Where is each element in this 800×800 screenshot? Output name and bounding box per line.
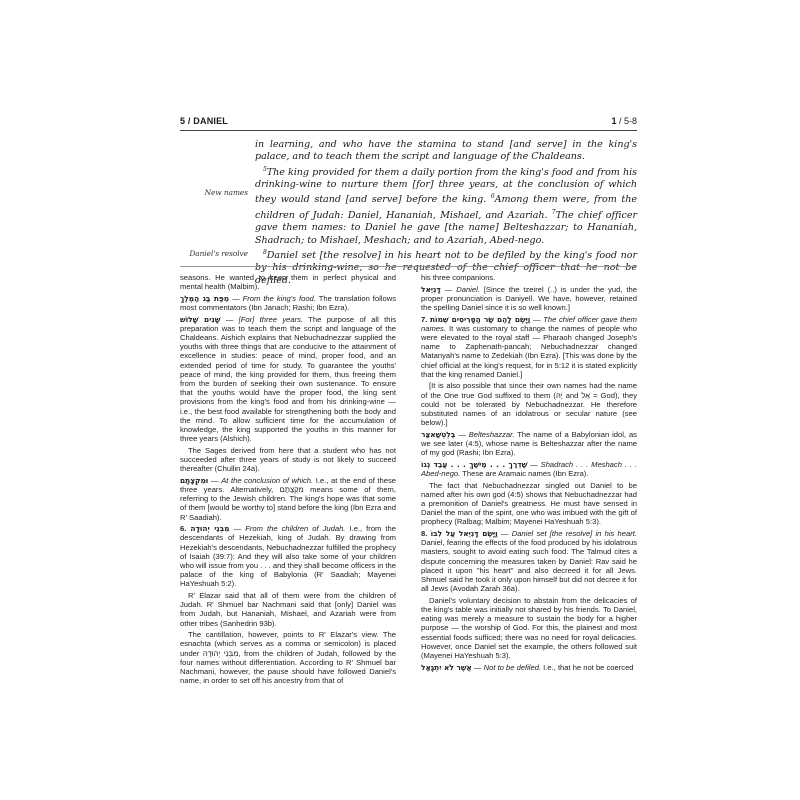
- hebrew-lemma: וַיָּשֶׂם דָּנִיֵּאל עַל לִבּוֹ: [431, 529, 498, 538]
- commentary: seasons. He wanted to keep them in perfe…: [180, 273, 637, 688]
- commentary-paragraph: seasons. He wanted to keep them in perfe…: [180, 273, 396, 291]
- verses-5-7: 5The king provided for them a daily port…: [255, 164, 637, 247]
- commentary-text: [Since the tzeirel (..) is under the yud…: [421, 285, 637, 312]
- hebrew-lemma: מִפַּת בַּג הַמֶּלֶךְ: [180, 294, 229, 303]
- commentary-entry: שָׁנִים שָׁלוֹשׁ — [For] three years. Th…: [180, 315, 396, 444]
- commentary-paragraph: The cantillation, however, points to R' …: [180, 630, 396, 685]
- lemma-translation: Not to be defiled.: [484, 663, 541, 672]
- lemma-translation: Belteshazzar.: [469, 430, 515, 439]
- hebrew-lemma: שָׁנִים שָׁלוֹשׁ: [180, 315, 220, 324]
- commentary-entry: וּמִקְצָתָם — At the conclusion of which…: [180, 476, 396, 522]
- commentary-text: The purpose of all this preparation was …: [180, 315, 396, 444]
- hebrew-lemma: שַׁדְרַךְ . . . מֵישַׁךְ . . . עֲבֵד נְג…: [421, 460, 527, 469]
- book-page: 5 / DANIEL 1 / 5-8 New names Daniel's re…: [180, 112, 637, 287]
- commentary-entry: בֵּלְטְשַׁאצַּר — Belteshazzar. The name…: [421, 430, 637, 458]
- lemma-translation: From the king's food.: [243, 294, 316, 303]
- margin-note-daniels-resolve: Daniel's resolve: [180, 249, 248, 259]
- commentary-text: These are Aramaic names (Ibn Ezra).: [460, 469, 588, 478]
- verse-4-end: in learning, and who have the stamina to…: [255, 139, 637, 164]
- commentary-entry: שַׁדְרַךְ . . . מֵישַׁךְ . . . עֲבֵד נְג…: [421, 460, 637, 478]
- commentary-entry: דָּנִיֵּאל — Daniel. [Since the tzeirel …: [421, 285, 637, 313]
- hebrew-lemma: דָּנִיֵּאל: [421, 285, 441, 294]
- commentary-text: It was customary to change the names of …: [421, 324, 637, 379]
- running-header: 5 / DANIEL 1 / 5-8: [180, 112, 637, 131]
- lemma-translation: Daniel set [the resolve] in his heart.: [512, 529, 637, 538]
- hebrew-lemma: וּמִקְצָתָם: [180, 476, 208, 485]
- commentary-paragraph: his three companions.: [421, 273, 637, 282]
- commentary-paragraph: The Sages derived from here that a stude…: [180, 446, 396, 474]
- hebrew-lemma: מִבְּנֵי יְהוּדָה: [190, 524, 229, 533]
- commentary-paragraph: Daniel's voluntary decision to abstain f…: [421, 596, 637, 660]
- commentary-text: I.e., from the descendants of Hezekiah, …: [180, 524, 396, 588]
- hebrew-lemma: וַיָּשֶׂם לָהֶם שַׂר הַסָּרִיסִים שֵׁמוֹ…: [430, 315, 530, 324]
- lemma-translation: At the conclusion of which.: [221, 476, 313, 485]
- commentary-entry: מִפַּת בַּג הַמֶּלֶךְ — From the king's …: [180, 294, 396, 312]
- hebrew-lemma: אֲשֶׁר לֹא יִתְגָּאַל: [421, 663, 472, 672]
- verse-ref-number: 7.: [421, 315, 427, 324]
- commentary-paragraph: R' Elazar said that all of them were fro…: [180, 591, 396, 628]
- hebrew-lemma: בֵּלְטְשַׁאצַּר: [421, 430, 455, 439]
- scripture-text: New names Daniel's resolve in learning, …: [180, 139, 637, 287]
- verse-ref-number: 8.: [421, 529, 427, 538]
- commentary-column-right: his three companions.דָּנִיֵּאל — Daniel…: [421, 273, 637, 688]
- section-divider: [180, 266, 637, 267]
- commentary-paragraph: The fact that Nebuchadnezzar singled out…: [421, 481, 637, 527]
- commentary-entry: 6. מִבְּנֵי יְהוּדָה — From the children…: [180, 524, 396, 588]
- lemma-translation: Daniel.: [456, 285, 480, 294]
- commentary-column-left: seasons. He wanted to keep them in perfe…: [180, 273, 396, 688]
- commentary-text: Daniel, fearing the effects of the food …: [421, 538, 637, 593]
- page-book-title: 5 / DANIEL: [180, 116, 228, 126]
- lemma-translation: [For] three years.: [239, 315, 303, 324]
- margin-note-new-names: New names: [180, 188, 248, 198]
- commentary-entry: 8. וַיָּשֶׂם דָּנִיֵּאל עַל לִבּוֹ — Dan…: [421, 529, 637, 593]
- verse-ref-number: 6.: [180, 524, 186, 533]
- lemma-translation: From the children of Judah.: [245, 524, 345, 533]
- chapter-verse-range: 1 / 5-8: [611, 116, 637, 126]
- verse-range: / 5-8: [616, 116, 637, 126]
- commentary-entry: 7. וַיָּשֶׂם לָהֶם שַׂר הַסָּרִיסִים שֵׁ…: [421, 315, 637, 379]
- commentary-paragraph: [It is also possible that since their ow…: [421, 381, 637, 427]
- commentary-entry: אֲשֶׁר לֹא יִתְגָּאַל — Not to be defile…: [421, 663, 637, 672]
- commentary-text: I.e., that he not be coerced: [541, 663, 633, 672]
